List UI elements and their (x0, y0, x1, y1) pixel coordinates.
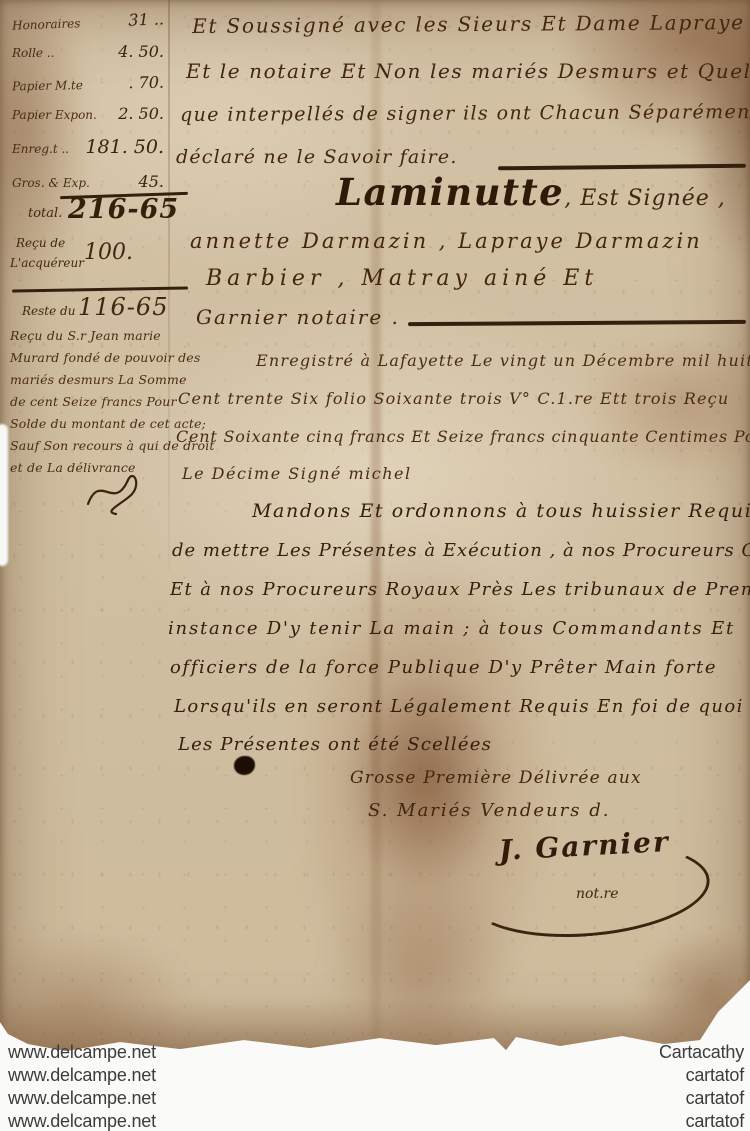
margin-note-line: Reçu du S.r Jean marie (10, 328, 161, 343)
margin-note-line: Murard fondé de pouvoir des (10, 350, 201, 365)
fee-row: Gros. & Exp. 45. (12, 172, 164, 191)
received-label: Reçu de (16, 236, 65, 250)
watermark-url: www.delcampe.net (8, 1065, 156, 1086)
balance-value: 116-65 (78, 293, 168, 321)
fee-value: 31 .. (128, 9, 164, 29)
watermark-url: www.delcampe.net (8, 1111, 156, 1131)
watermark-url: www.delcampe.net (8, 1042, 156, 1063)
margin-note-line: de cent Seize francs Pour (10, 394, 177, 409)
paper-stain (635, 930, 750, 1060)
received-value: 100. (84, 240, 133, 265)
paraph-flourish (78, 466, 148, 518)
grosse-line: S. Mariés Vendeurs d. (368, 800, 610, 821)
fee-row: Enreg.t .. 181. 50. (12, 136, 164, 158)
ink-rule (408, 320, 746, 326)
minute-heading: Laminutte, Est Signée , (336, 170, 726, 214)
minute-rest: , Est Signée , (564, 186, 726, 211)
signatory-line: Garnier notaire . (196, 305, 400, 329)
watermark-seller-name: cartatof (686, 1065, 744, 1086)
total-value: 216-65 (68, 194, 179, 225)
fee-label: Rolle .. (12, 46, 54, 60)
margin-fold-line (168, 0, 170, 570)
manuscript-line: Et le notaire Et Non les mariés Desmurs … (186, 59, 750, 83)
fee-label: Enreg.t .. (12, 142, 69, 156)
manuscript-line: que interpellés de signer ils ont Chacun… (180, 101, 750, 126)
ink-rule (12, 286, 188, 292)
scanned-page: Honoraires 31 .. Rolle .. 4. 50. Papier … (0, 0, 750, 1131)
mandons-line: Les Présentes ont été Scellées (178, 734, 492, 755)
fee-value: 2. 50. (118, 104, 164, 123)
fee-label: Gros. & Exp. (12, 176, 90, 190)
fee-label: Papier Expon. (12, 108, 97, 122)
signatory-line: annette Darmazin , Lapraye Darmazin (190, 229, 703, 253)
minute-title: Laminutte (336, 170, 564, 214)
fee-row: Rolle .. 4. 50. (12, 42, 164, 61)
fee-row: Honoraires 31 .. (12, 9, 165, 33)
registration-line: Le Décime Signé michel (182, 464, 412, 483)
fee-row: Papier M.te . 70. (12, 73, 164, 95)
ink-blot (234, 756, 255, 775)
fee-value: 4. 50. (118, 42, 164, 61)
margin-note-line: mariés desmurs La Somme (10, 372, 187, 387)
registration-line: Enregistré à Lafayette Le vingt un Décem… (256, 351, 750, 370)
scan-edge-gap (0, 424, 8, 566)
registration-line: Cent trente Six folio Soixante trois V° … (178, 389, 729, 408)
fee-row: Papier Expon. 2. 50. (12, 104, 164, 123)
total-label: total. (28, 206, 62, 221)
mandons-line: de mettre Les Présentes à Exécution , à … (172, 540, 750, 561)
manuscript-line: Et Soussigné avec les Sieurs Et Dame Lap… (192, 10, 745, 38)
watermark-seller-name: cartatof (686, 1111, 744, 1131)
document-scan: Honoraires 31 .. Rolle .. 4. 50. Papier … (0, 0, 750, 1056)
fee-value: 45. (139, 172, 164, 191)
signatory-line: Barbier , Matray ainé Et (206, 266, 598, 291)
manuscript-line: déclaré ne le Savoir faire. (176, 146, 458, 168)
signature-title: not.re (576, 886, 619, 902)
mandons-line: Lorsqu'ils en seront Légalement Requis E… (174, 696, 744, 717)
fee-label: Honoraires (12, 16, 81, 32)
mandons-line: Et à nos Procureurs Royaux Près Les trib… (170, 579, 750, 600)
watermark-url: www.delcampe.net (8, 1088, 156, 1109)
fee-value: . 70. (128, 73, 164, 93)
watermark-seller-name: cartatof (686, 1088, 744, 1109)
grosse-line: Grosse Première Délivrée aux (350, 768, 642, 788)
fee-label: Papier M.te (12, 78, 83, 93)
fee-value: 181. 50. (85, 136, 164, 158)
registration-line: Cent Soixante cinq francs Et Seize franc… (176, 427, 750, 446)
mandons-line: instance D'y tenir La main ; à tous Comm… (168, 618, 735, 639)
received-label: L'acquéreur (10, 256, 84, 270)
watermark-seller-name: Cartacathy (659, 1042, 744, 1063)
mandons-line: officiers de la force Publique D'y Prête… (170, 657, 717, 678)
balance-label: Reste du (22, 304, 75, 318)
mandons-line: Mandons Et ordonnons à tous huissier Req… (252, 500, 750, 522)
